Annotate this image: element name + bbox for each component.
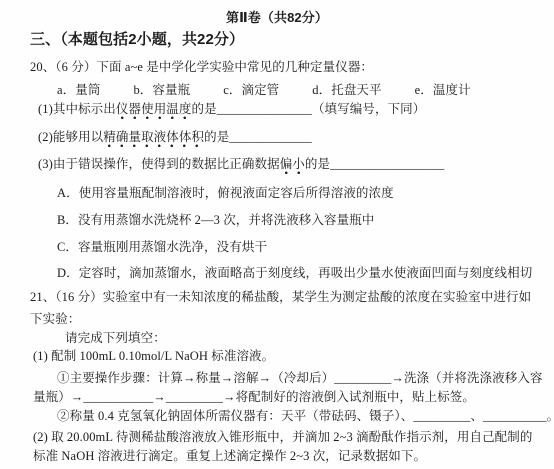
q21-part2-line2: 标准 NaOH 溶液进行滴定。重复上述滴定操作 2~3 次，记录数据如下。: [33, 448, 426, 464]
q21-stem-line1: 21、（16 分）实验室中有一未知浓度的稀盐酸，某学生为测定盐酸的浓度在实验室中…: [30, 289, 531, 305]
instrument-e: e．温度计: [415, 82, 471, 98]
q20-item2-text: (2)能够用以: [38, 130, 103, 144]
q21-stem-line2: 下实验：: [30, 311, 80, 327]
q20-item2: (2)能够用以精确量取液体体积的是_____________: [38, 129, 312, 145]
q21-part1-step1-line1: ①主要操作步骤：计算→称量→溶解→（冷却后）_________→洗涤（并将洗涤液…: [57, 370, 543, 386]
q20-item2-blank: 的是_____________: [204, 130, 312, 144]
q20-stem: 20、（6 分）下面 a~e 是中学化学实验中常见的几种定量仪器：: [30, 59, 373, 75]
q21-part1-step1-line2: 量瓶）→___________→_________→将配制好的溶液倒入试剂瓶中，…: [33, 389, 475, 405]
q20-instrument-list: a．量筒 b．容量瓶 c．滴定管 d．托盘天平 e．温度计: [57, 82, 471, 98]
instrument-c: c．滴定管: [223, 82, 279, 98]
q20-option-a: A．使用容量瓶配制溶液时，俯视液面定容后所得溶液的浓度: [57, 185, 394, 201]
q20-item1: (1)其中标示出仪器使用温度的是_______________（填写编号，下同）: [38, 101, 425, 117]
q20-option-b: B．没有用蒸馏水洗烧杯 2—3 次，并将洗液移入容量瓶中: [57, 212, 374, 228]
q21-part1-step2: ②称量 0.4 克氢氧化钠固体所需仪器有：天平（带砝码、镊子）、________…: [57, 408, 554, 424]
section-heading: 三、（本题包括2小题，共22分）: [30, 32, 244, 48]
exam-paper-page: 第Ⅱ卷（共82分） 三、（本题包括2小题，共22分） 20、（6 分）下面 a~…: [0, 0, 554, 469]
q20-item3-text: (3)由于错误操作，使得到的数据比正确数据: [38, 157, 280, 171]
instrument-d: d．托盘天平: [312, 82, 381, 98]
q20-item1-text: (1)其中标示出: [38, 102, 116, 116]
q21-part2-line1: (2) 取 20.00mL 待测稀盐酸溶液放入锥形瓶中，并滴加 2~3 滴酚酞作…: [33, 429, 532, 445]
q21-prompt: 请完成下列填空：: [65, 330, 166, 346]
q20-item3: (3)由于错误操作，使得到的数据比正确数据偏小的是_______________…: [38, 156, 444, 172]
instrument-a: a．量筒: [57, 82, 100, 98]
paper-title: 第Ⅱ卷（共82分）: [0, 10, 554, 26]
q20-item1-emphasized: 仪器使用温度: [116, 102, 192, 120]
q20-item1-blank: 的是_______________（填写编号，下同）: [192, 102, 426, 116]
instrument-b: b．容量瓶: [133, 82, 190, 98]
q21-part1-heading: (1) 配制 100mL 0.10mol/L NaOH 标准溶液。: [33, 348, 274, 364]
q20-option-c: C．容量瓶刚用蒸馏水洗净，没有烘干: [57, 239, 267, 255]
q20-item3-blank: 的是__________________: [305, 157, 445, 171]
q20-item2-emphasized: 精确量取液体体积: [103, 130, 204, 148]
q20-item3-emphasized: 偏小: [280, 157, 305, 175]
q20-option-d: D．定容时，滴加蒸馏水，液面略高于刻度线，再吸出少量水使液面凹面与刻度线相切: [57, 265, 532, 281]
